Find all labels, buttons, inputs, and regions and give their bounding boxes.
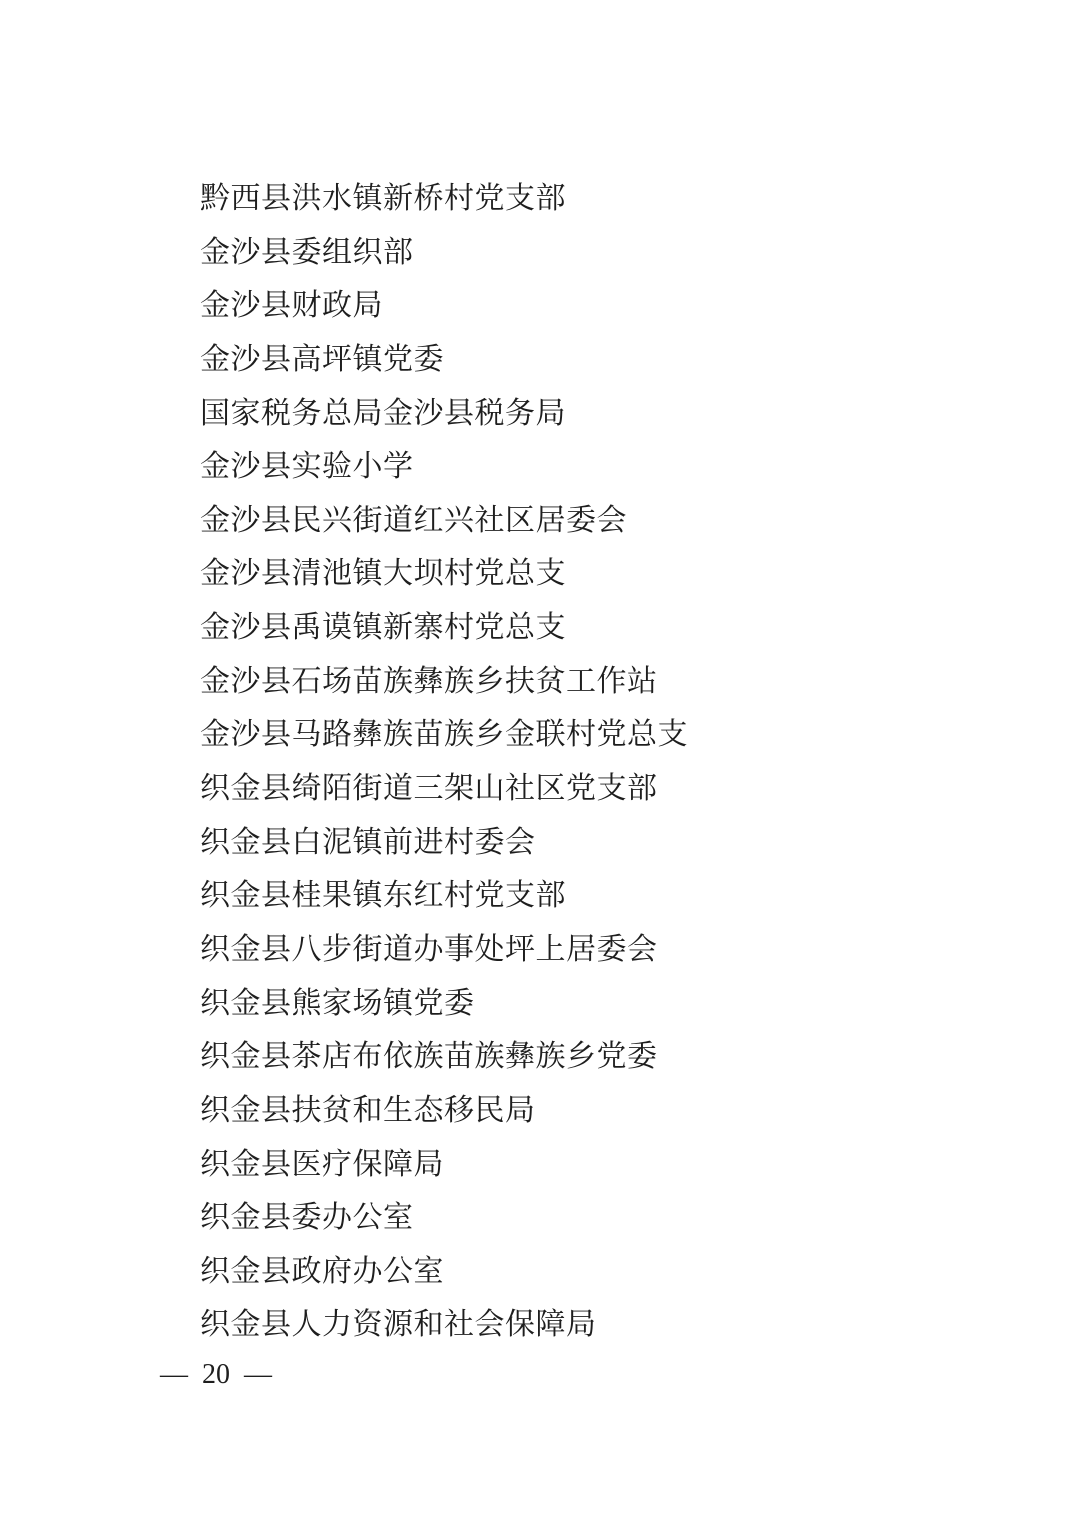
- list-item: 金沙县马路彝族苗族乡金联村党总支: [200, 708, 688, 762]
- list-item: 金沙县实验小学: [200, 440, 688, 494]
- list-item: 织金县委办公室: [200, 1191, 688, 1245]
- list-item: 金沙县财政局: [200, 279, 688, 333]
- list-item: 金沙县石场苗族彝族乡扶贫工作站: [200, 655, 688, 709]
- list-item: 金沙县委组织部: [200, 226, 688, 280]
- list-item: 织金县熊家场镇党委: [200, 977, 688, 1031]
- list-item: 织金县茶店布依族苗族彝族乡党委: [200, 1030, 688, 1084]
- organization-list: 黔西县洪水镇新桥村党支部金沙县委组织部金沙县财政局金沙县高坪镇党委国家税务总局金…: [200, 172, 688, 1352]
- list-item: 织金县八步街道办事处坪上居委会: [200, 923, 688, 977]
- document-page: 黔西县洪水镇新桥村党支部金沙县委组织部金沙县财政局金沙县高坪镇党委国家税务总局金…: [0, 0, 1080, 1527]
- footer-dash-left: —: [160, 1359, 188, 1391]
- list-item: 织金县白泥镇前进村委会: [200, 816, 688, 870]
- list-item: 织金县扶贫和生态移民局: [200, 1084, 688, 1138]
- list-item: 织金县绮陌街道三架山社区党支部: [200, 762, 688, 816]
- list-item: 金沙县清池镇大坝村党总支: [200, 547, 688, 601]
- list-item: 织金县桂果镇东红村党支部: [200, 869, 688, 923]
- list-item: 国家税务总局金沙县税务局: [200, 387, 688, 441]
- list-item: 金沙县高坪镇党委: [200, 333, 688, 387]
- page-footer: — 20 —: [160, 1355, 272, 1395]
- list-item: 织金县人力资源和社会保障局: [200, 1298, 688, 1352]
- list-item: 金沙县禹谟镇新寨村党总支: [200, 601, 688, 655]
- list-item: 织金县医疗保障局: [200, 1138, 688, 1192]
- page-number: 20: [202, 1359, 230, 1391]
- list-item: 黔西县洪水镇新桥村党支部: [200, 172, 688, 226]
- list-item: 织金县政府办公室: [200, 1245, 688, 1299]
- list-item: 金沙县民兴街道红兴社区居委会: [200, 494, 688, 548]
- footer-dash-right: —: [244, 1359, 272, 1391]
